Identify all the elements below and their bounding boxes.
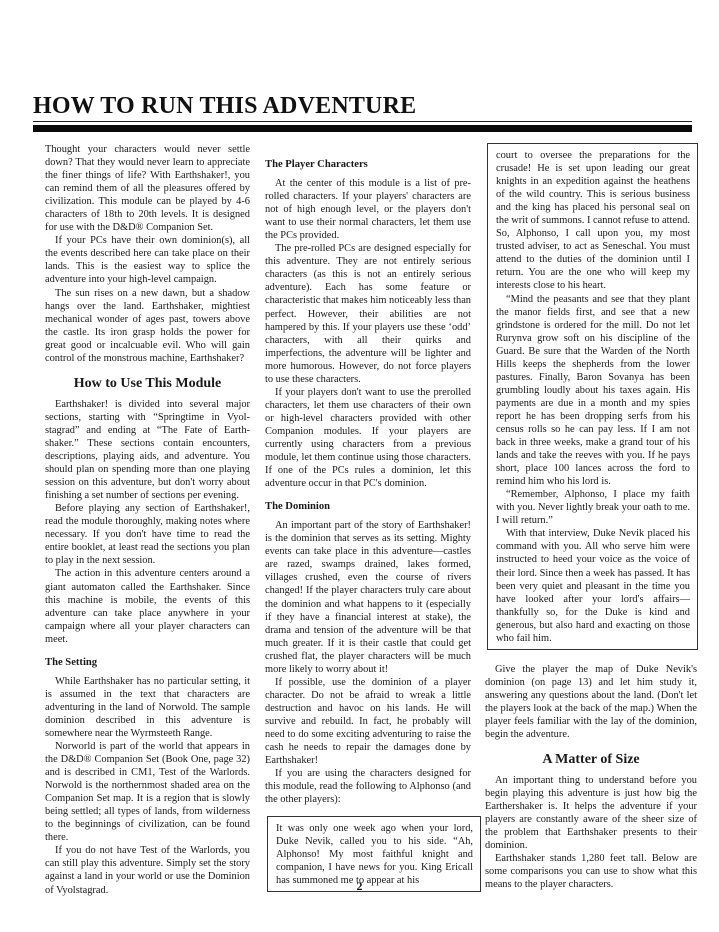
player-characters-paragraph-2: The pre-rolled PCs are designed especial… (265, 242, 471, 386)
dominion-paragraph-1: An important part of the story of Earth­… (265, 519, 471, 676)
dominion-paragraph-3: If you are using the characters designed… (265, 767, 471, 806)
read-aloud-box-continued: court to oversee the preparations for th… (487, 143, 698, 650)
intro-paragraph-3: The sun rises on a new dawn, but a shado… (45, 287, 250, 365)
read-aloud-text: It was only one week ago when your lord,… (276, 822, 473, 887)
heading-setting: The Setting (45, 656, 250, 669)
how-to-use-paragraph-2: Before playing any section of Earth­shak… (45, 502, 250, 567)
setting-paragraph-2: Norworld is part of the world that appea… (45, 740, 250, 844)
heading-dominion: The Dominion (265, 500, 471, 513)
read-aloud-paragraph-3: “Remember, Alphonso, I place my faith wi… (496, 488, 690, 527)
matter-of-size-paragraph-1: An important thing to understand before … (485, 774, 697, 852)
how-to-use-paragraph-1: Earthshaker! is divided into several maj… (45, 398, 250, 502)
column-1: Thought your characters would never sett… (45, 143, 250, 897)
how-to-use-paragraph-3: The action in this adventure centers aro… (45, 567, 250, 645)
column-2: The Player Characters At the center of t… (265, 158, 471, 892)
heading-player-characters: The Player Characters (265, 158, 471, 171)
heading-how-to-use: How to Use This Module (45, 377, 250, 390)
player-characters-paragraph-1: At the center of this module is a list o… (265, 177, 471, 242)
read-aloud-paragraph-2: “Mind the peasants and see that they pla… (496, 293, 690, 489)
read-aloud-paragraph-1: court to oversee the preparations for th… (496, 149, 690, 293)
intro-paragraph-2: If your PCs have their own dominion(s), … (45, 234, 250, 286)
intro-paragraph-1: Thought your characters would never sett… (45, 143, 250, 234)
page-title: HOW TO RUN THIS ADVENTURE (33, 93, 416, 120)
player-characters-paragraph-3: If your players don't want to use the pr… (265, 386, 471, 490)
dominion-paragraph-2: If possible, use the dominion of a playe… (265, 676, 471, 767)
title-rule-thin (33, 121, 692, 122)
page-number: 2 (0, 879, 719, 894)
heading-matter-of-size: A Matter of Size (485, 753, 697, 766)
column-3: court to oversee the preparations for th… (485, 143, 707, 892)
map-instructions-paragraph: Give the player the map of Duke Nevik's … (485, 663, 697, 741)
read-aloud-paragraph-4: With that interview, Duke Nevik placed h… (496, 527, 690, 644)
setting-paragraph-1: While Earthshaker has no particular set­… (45, 675, 250, 740)
title-rule-thick (33, 125, 692, 132)
